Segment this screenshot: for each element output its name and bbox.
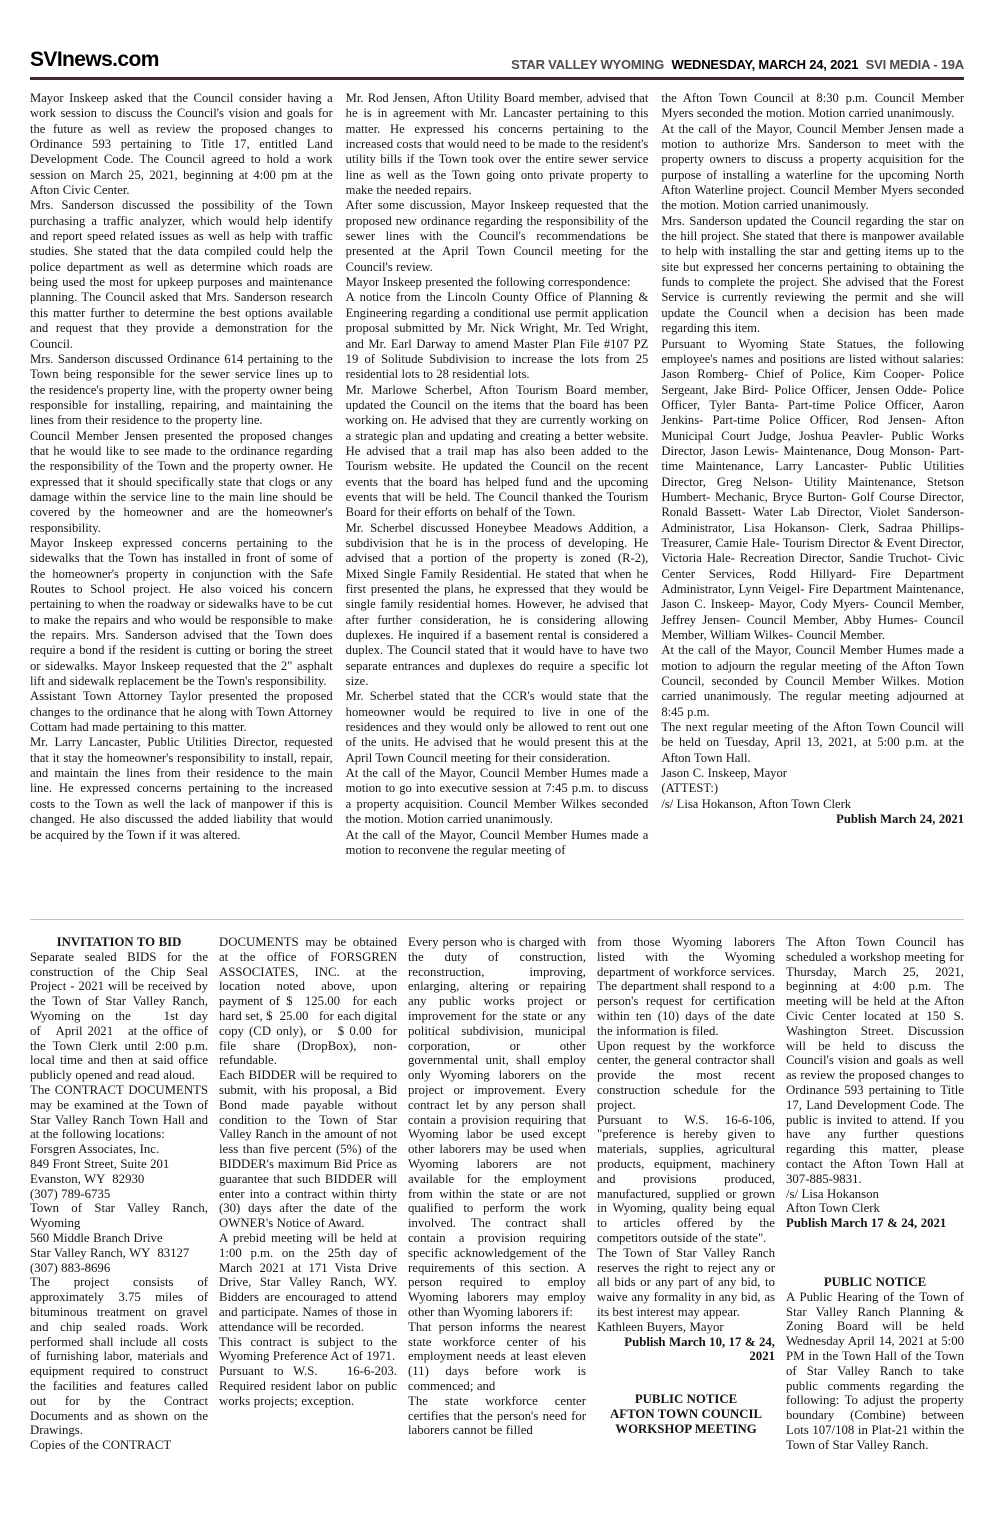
paragraph: Mr. Marlowe Scherbel, Afton Tourism Boar… [346,383,649,521]
paragraph: Mr. Scherbel stated that the CCR's would… [346,689,649,766]
publish-line: Publish March 10, 17 & 24, 2021 [597,1335,775,1365]
paragraph: 560 Middle Branch Drive [30,1231,208,1246]
paragraph: from those Wyoming laborers listed with … [597,935,775,1039]
notice-heading: PUBLIC NOTICE [597,1392,775,1407]
paragraph: Mayor Inskeep expressed concerns pertain… [30,536,333,689]
minutes-column-3: the Afton Town Council at 8:30 p.m. Coun… [661,91,964,919]
paragraph: Copies of the CONTRACT [30,1438,208,1453]
paragraph: A Public Hearing of the Town of Star Val… [786,1290,964,1453]
masthead-dateline: STAR VALLEY WYOMING WEDNESDAY, MARCH 24,… [511,57,964,72]
paragraph: Every person who is charged with the dut… [408,935,586,1320]
paragraph: Afton Town Clerk [786,1201,964,1216]
publish-line: Publish March 17 & 24, 2021 [786,1216,964,1231]
paragraph: (ATTEST:) [661,781,964,796]
site-logo: SVInews.com [30,48,159,72]
paragraph: Town of Star Valley Ranch, Wyoming [30,1201,208,1231]
paragraph: A notice from the Lincoln County Office … [346,290,649,382]
legal-column-3: Every person who is charged with the dut… [408,935,586,1453]
minutes-column-2: Mr. Rod Jensen, Afton Utility Board memb… [346,91,649,919]
notice-heading: INVITATION TO BID [30,935,208,950]
date-label: WEDNESDAY, MARCH 24, 2021 [672,57,859,72]
paragraph: Each BIDDER will be required to submit, … [219,1068,397,1231]
paragraph: At the call of the Mayor, Council Member… [661,643,964,720]
masthead: SVInews.com STAR VALLEY WYOMING WEDNESDA… [30,48,964,72]
notice-heading: WORKSHOP MEETING [597,1422,775,1437]
paragraph: Jason C. Inskeep, Mayor [661,766,964,781]
legal-column-1: INVITATION TO BIDSeparate sealed BIDS fo… [30,935,208,1453]
paragraph: At the call of the Mayor, Council Member… [346,828,649,859]
council-minutes-article: Mayor Inskeep asked that the Council con… [30,91,964,919]
paragraph: DOCUMENTS may be obtained at the office … [219,935,397,1068]
paragraph: Mr. Scherbel discussed Honeybee Meadows … [346,521,649,690]
notice-heading: AFTON TOWN COUNCIL [597,1407,775,1422]
page-number-label: SVI MEDIA - 19A [866,57,964,72]
minutes-column-1: Mayor Inskeep asked that the Council con… [30,91,333,919]
paragraph: Council Member Jensen presented the prop… [30,429,333,536]
paragraph: the Afton Town Council at 8:30 p.m. Coun… [661,91,964,122]
section-divider [30,919,964,920]
paragraph: At the call of the Mayor, Council Member… [346,766,649,827]
paragraph: (307) 883-8696 [30,1261,208,1276]
paragraph: Evanston, WY 82930 [30,1172,208,1187]
paragraph: Forsgren Associates, Inc. [30,1142,208,1157]
legal-notices-section: INVITATION TO BIDSeparate sealed BIDS fo… [30,935,964,1453]
paragraph: Mrs. Sanderson updated the Council regar… [661,214,964,337]
paragraph: That person informs the nearest state wo… [408,1320,586,1394]
paragraph: This contract is subject to the Wyoming … [219,1335,397,1365]
newspaper-page: SVInews.com STAR VALLEY WYOMING WEDNESDA… [0,0,994,1536]
legal-column-5: The Afton Town Council has scheduled a w… [786,935,964,1453]
paragraph: Upon request by the workforce center, th… [597,1039,775,1113]
paragraph: Mrs. Sanderson discussed Ordinance 614 p… [30,352,333,429]
paragraph: The Afton Town Council has scheduled a w… [786,935,964,1187]
paragraph: After some discussion, Mayor Inskeep req… [346,198,649,275]
paragraph: /s/ Lisa Hokanson, Afton Town Clerk [661,797,964,812]
paragraph: At the call of the Mayor, Council Member… [661,122,964,214]
publish-line: Publish March 24, 2021 [661,812,964,827]
legal-column-2: DOCUMENTS may be obtained at the office … [219,935,397,1453]
paragraph: The state workforce center certifies tha… [408,1394,586,1438]
paragraph: The Town of Star Valley Ranch reserves t… [597,1246,775,1320]
legal-column-4: from those Wyoming laborers listed with … [597,935,775,1453]
paragraph: Mr. Larry Lancaster, Public Utilities Di… [30,735,333,842]
paragraph: /s/ Lisa Hokanson [786,1187,964,1202]
paragraph: A prebid meeting will be held at 1:00 p.… [219,1231,397,1335]
paragraph: Kathleen Buyers, Mayor [597,1320,775,1335]
paragraph: Pursuant to W.S. 16-6-203. Required resi… [219,1364,397,1408]
paragraph: Pursuant to W.S. 16-6-106, "preference i… [597,1113,775,1246]
masthead-rule [30,77,964,80]
location-label: STAR VALLEY WYOMING [511,57,664,72]
paragraph: Separate sealed BIDS for the constructio… [30,950,208,1083]
paragraph: Mayor Inskeep asked that the Council con… [30,91,333,198]
paragraph: The next regular meeting of the Afton To… [661,720,964,766]
paragraph: Mr. Rod Jensen, Afton Utility Board memb… [346,91,649,198]
notice-heading: PUBLIC NOTICE [786,1275,964,1290]
paragraph: The CONTRACT DOCUMENTS may be examined a… [30,1083,208,1142]
paragraph: Star Valley Ranch, WY 83127 [30,1246,208,1261]
paragraph: The project consists of approximately 3.… [30,1275,208,1438]
paragraph: Mayor Inskeep presented the following co… [346,275,649,290]
paragraph: Pursuant to Wyoming State Statues, the f… [661,337,964,644]
paragraph: Assistant Town Attorney Taylor presented… [30,689,333,735]
paragraph: (307) 789-6735 [30,1187,208,1202]
paragraph: Mrs. Sanderson discussed the possibility… [30,198,333,351]
paragraph: 849 Front Street, Suite 201 [30,1157,208,1172]
